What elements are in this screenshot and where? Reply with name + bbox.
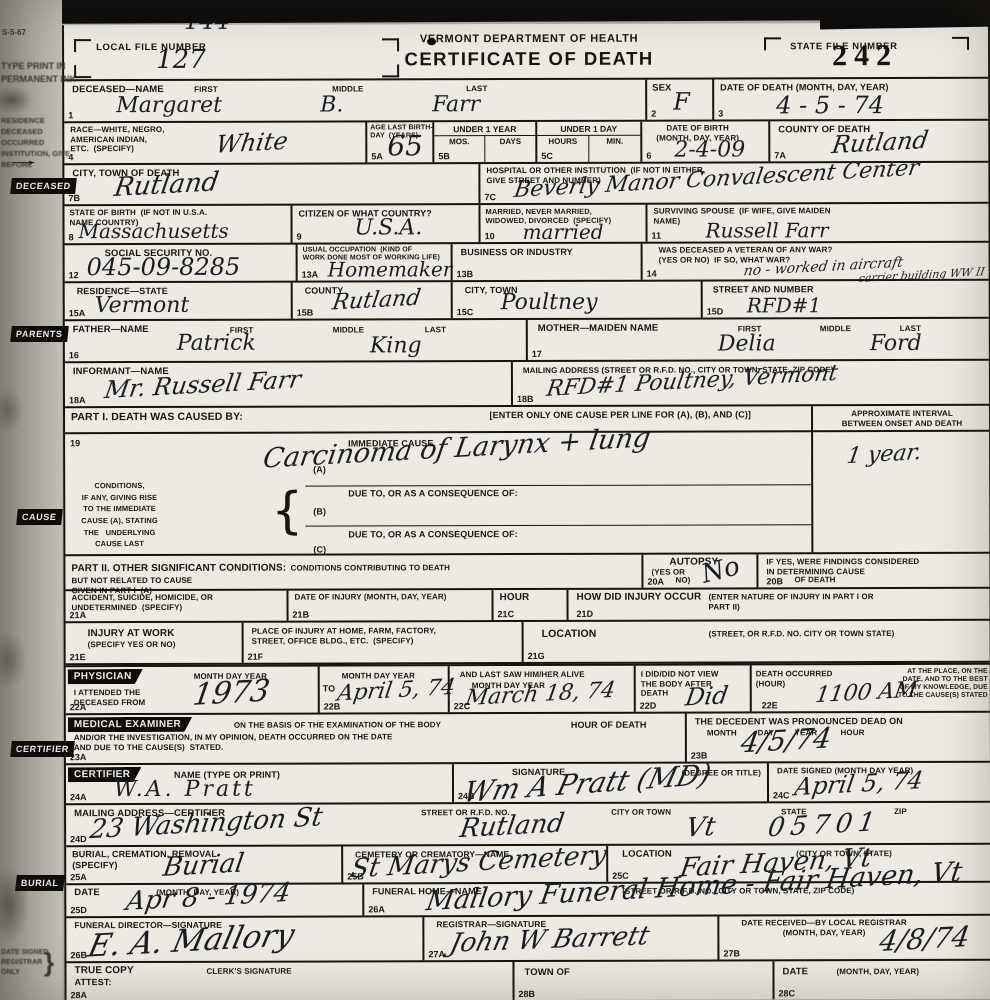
field-funeral-home: FUNERAL HOME—NAME (STREET OR R.F.D. NO.,… bbox=[364, 883, 990, 916]
field-label2: OF DEATH bbox=[794, 576, 835, 586]
sub-label-middle: MIDDLE bbox=[820, 324, 851, 334]
field-num: 27B bbox=[723, 948, 740, 958]
field-num: 15D bbox=[707, 306, 724, 316]
city-label: CITY OR TOWN bbox=[611, 808, 671, 818]
field-deceased-name: DECEASED—NAME FIRST MIDDLE LAST 1 Margar… bbox=[64, 80, 647, 122]
field-num: 24A bbox=[70, 792, 87, 802]
row-informant: INFORMANT—NAME 18A Mr. Russell Farr MAIL… bbox=[65, 361, 989, 408]
field-death-hour: DEATH OCCURRED (HOUR) 22E 1100 AM AT THE… bbox=[752, 665, 990, 712]
field-num: 21A bbox=[70, 610, 87, 620]
field-true-copy-attest: TRUE COPY ATTEST: CLERK'S SIGNATURE 28A bbox=[66, 962, 514, 1000]
field-num: 28A bbox=[71, 990, 88, 1000]
field-date-of-death: DATE OF DEATH (MONTH, DAY, YEAR) 3 4 - 5… bbox=[714, 79, 988, 120]
field-num: 11 bbox=[652, 231, 662, 241]
hw-interval-a: 1 year. bbox=[845, 442, 923, 468]
field-last-seen-alive: AND LAST SAW HIM/HER ALIVE MONTH DAY YEA… bbox=[450, 666, 636, 712]
field-num: 13A bbox=[302, 270, 319, 280]
field-age: AGE LAST BIRTH- DAY (YEARS) 5A 65 bbox=[367, 122, 434, 162]
document-title: CERTIFICATE OF DEATH bbox=[364, 48, 694, 71]
interval-header: APPROXIMATE INTERVAL BETWEEN ONSET AND D… bbox=[842, 409, 963, 429]
hw-first-name: Margaret bbox=[116, 95, 222, 117]
field-certifier-address: MAILING ADDRESS—CERTIFIER STREET OR R.F.… bbox=[66, 803, 990, 845]
field-label: BUSINESS OR INDUSTRY bbox=[461, 247, 573, 258]
field-race: RACE—WHITE, NEGRO, AMERICAN INDIAN, ETC.… bbox=[64, 122, 367, 163]
field-date-received: DATE RECEIVED—BY LOCAL REGISTRAR (MONTH,… bbox=[719, 916, 990, 960]
hw-certifier-state: Vt bbox=[684, 814, 717, 842]
cause-section: PART I. DEATH WAS CAUSED BY: [ENTER ONLY… bbox=[65, 406, 813, 554]
field-cemetery: CEMETERY OR CREMATORY—NAME 25B St Marys … bbox=[343, 846, 608, 883]
row-part2: PART II. OTHER SIGNIFICANT CONDITIONS: C… bbox=[65, 554, 989, 591]
field-num: 5B bbox=[438, 151, 450, 161]
field-label: RACE—WHITE, NEGRO, AMERICAN INDIAN, ETC.… bbox=[70, 125, 164, 154]
line-c-label: (C) bbox=[313, 545, 326, 556]
zip-label: ZIP bbox=[894, 807, 907, 817]
field-num: 21E bbox=[70, 652, 86, 662]
brace-glyph: { bbox=[271, 486, 303, 536]
field-label: INJURY AT WORK bbox=[88, 628, 175, 640]
field-num: 27A bbox=[428, 949, 445, 959]
field-label: IF YES, WERE FINDINGS CONSIDERED IN DETE… bbox=[766, 557, 919, 577]
field-injury-hour: HOUR 21C bbox=[493, 590, 568, 620]
field-label: MOTHER—MAIDEN NAME bbox=[538, 323, 659, 335]
field-informant-address: MAILING ADDRESS (STREET OR R.F.D. NO., C… bbox=[513, 361, 989, 405]
field-burial-date: DATE (MONTH, DAY, YEAR) 25D Apr 8 - 1974 bbox=[66, 884, 364, 916]
field-num: 21G bbox=[528, 651, 545, 661]
field-num: 17 bbox=[532, 349, 542, 359]
row-certifier-address: MAILING ADDRESS—CERTIFIER STREET OR R.F.… bbox=[66, 803, 990, 847]
part1-title: PART I. DEATH WAS CAUSED BY: bbox=[71, 411, 243, 424]
part2-section: PART II. OTHER SIGNIFICANT CONDITIONS: C… bbox=[65, 555, 643, 590]
field-injury-location: LOCATION (STREET, OR R.F.D. NO. CITY OR … bbox=[524, 621, 990, 662]
hw-autopsy: No bbox=[699, 553, 743, 588]
field-label: DATE bbox=[74, 887, 100, 898]
field-num: 24D bbox=[70, 834, 87, 844]
field-num: 8 bbox=[69, 232, 74, 242]
signature-value: John W Barrett bbox=[447, 923, 651, 957]
field-num: 7C bbox=[484, 192, 496, 202]
field-num: 2 bbox=[651, 109, 656, 119]
field-label: UNDER 1 DAY bbox=[537, 122, 640, 136]
row-parents: FATHER—NAME FIRST MIDDLE LAST 16 Patrick… bbox=[65, 319, 989, 363]
interval-column: APPROXIMATE INTERVAL BETWEEN ONSET AND D… bbox=[813, 406, 989, 552]
field-num: 20A bbox=[647, 577, 664, 587]
hw-ssn: 045-09-8285 bbox=[87, 255, 241, 279]
part2-title: PART II. OTHER SIGNIFICANT CONDITIONS: bbox=[71, 563, 286, 575]
hw-date-of-death: 4 - 5 - 74 bbox=[776, 93, 884, 117]
field-under-1-day: UNDER 1 DAY HOURS MIN. 5C bbox=[537, 122, 642, 162]
field-certifier-name: CERTIFIER NAME (TYPE OR PRINT) 24A W.A. … bbox=[66, 764, 454, 803]
hour-of-death-label: HOUR OF DEATH bbox=[571, 720, 647, 731]
signature-value: E. A. Mallory bbox=[85, 920, 297, 963]
field-num: 21D bbox=[577, 609, 594, 619]
field-county-of-death: COUNTY OF DEATH 7A Rutland bbox=[770, 121, 988, 162]
field-attended-to: MONTH DAY YEAR TO 22B April 5, 74 bbox=[320, 666, 450, 712]
field-pronounced-dead: THE DECEDENT WAS PRONOUNCED DEAD ON MONT… bbox=[687, 713, 986, 762]
sub-label-months: MOS. bbox=[434, 136, 484, 146]
field-num: 18B bbox=[517, 394, 534, 404]
ink-blot-icon bbox=[427, 38, 436, 45]
field-label: LOCATION bbox=[622, 849, 672, 861]
field-label: ACCIDENT, SUICIDE, HOMICIDE, OR UNDETERM… bbox=[71, 593, 212, 613]
margin-bottom-note: DATE SIGNED REGISTRAR ONLY bbox=[1, 948, 48, 978]
field-place-of-injury: PLACE OF INJURY AT HOME, FARM, FACTORY, … bbox=[244, 622, 524, 663]
field-label: PLACE OF INJURY AT HOME, FARM, FACTORY, … bbox=[252, 626, 436, 646]
row-accident: ACCIDENT, SUICIDE, HOMICIDE, OR UNDETERM… bbox=[65, 589, 989, 623]
print-note: TYPE PRINT IN PERMANENT INK bbox=[1, 60, 76, 86]
hw-burial-date: Apr 8 - 1974 bbox=[124, 880, 292, 915]
row-burial-date: DATE (MONTH, DAY, YEAR) 25D Apr 8 - 1974… bbox=[66, 883, 990, 918]
form-header: LOCAL FILE NUMBER 144 127 VERMONT DEPART… bbox=[64, 23, 988, 81]
row-deceased-name: DECEASED—NAME FIRST MIDDLE LAST 1 Margar… bbox=[64, 79, 988, 123]
hw-viewed-body: Did bbox=[684, 683, 730, 710]
binder-margin: S-5-67 TYPE PRINT IN PERMANENT INK DECEA… bbox=[0, 0, 62, 1000]
row-ssn-occupation: SOCIAL SECURITY NO. 12 045-09-8285 USUAL… bbox=[65, 243, 989, 283]
field-label: HOW DID INJURY OCCUR bbox=[576, 592, 701, 604]
field-num: 9 bbox=[297, 232, 302, 242]
hw-certifier-zip: 05701 bbox=[766, 809, 883, 841]
field-residence-city: CITY, TOWN 15C Poultney bbox=[453, 282, 703, 319]
field-num: 22E bbox=[762, 700, 778, 710]
part2-subtitle: CONDITIONS CONTRIBUTING TO DEATH bbox=[291, 563, 450, 572]
field-label: AND LAST SAW HIM/HER ALIVE bbox=[460, 670, 585, 680]
department-name: VERMONT DEPARTMENT OF HEALTH bbox=[364, 33, 694, 47]
row-place-of-death: CITY, TOWN OF DEATH 7B Rutland HOSPITAL … bbox=[64, 163, 988, 206]
field-label: DATE bbox=[782, 966, 808, 977]
field-date-signed: DATE SIGNED (MONTH DAY YEAR) 24C April 5… bbox=[769, 763, 986, 802]
field-ssn: SOCIAL SECURITY NO. 12 045-09-8285 bbox=[65, 245, 298, 282]
field-town-of: TOWN OF 28B bbox=[514, 961, 774, 1000]
hw-mother-last: Ford bbox=[870, 333, 922, 355]
field-veteran: WAS DECEASED A VETERAN OF ANY WAR? (YES … bbox=[643, 243, 989, 280]
field-num: 21C bbox=[498, 609, 515, 619]
physician-attest-note: AT THE PLACE, ON THE DATE, AND TO THE BE… bbox=[898, 668, 988, 701]
hw-attended-to: April 5, 74 bbox=[336, 677, 457, 706]
hw-attended-from: 1973 bbox=[191, 676, 272, 711]
field-num: 26A bbox=[368, 904, 385, 914]
hw-citizen: U.S.A. bbox=[355, 217, 423, 239]
row-injury-at-work: INJURY AT WORK (SPECIFY YES OR NO) 21E P… bbox=[66, 621, 990, 665]
field-num: 24C bbox=[773, 790, 790, 800]
row-birth-citizen-marital: STATE OF BIRTH (IF NOT IN U.S.A. NAME CO… bbox=[64, 204, 988, 245]
row-medical-examiner: MEDICAL EXAMINER ON THE BASIS OF THE EXA… bbox=[66, 713, 990, 765]
sub-label-min: MIN. bbox=[589, 136, 640, 146]
field-certifier-signature: SIGNATURE (DEGREE OR TITLE) 24B Wm A Pra… bbox=[454, 763, 769, 802]
brace-glyph: } bbox=[44, 947, 54, 978]
field-mother-name: MOTHER—MAIDEN NAME FIRST MIDDLE LAST 17 … bbox=[528, 319, 989, 360]
certificate-form: LOCAL FILE NUMBER 144 127 VERMONT DEPART… bbox=[62, 23, 990, 1000]
field-label: TO bbox=[323, 684, 336, 695]
field-num: 28C bbox=[779, 988, 796, 998]
margin-tab-deceased: DECEASED bbox=[10, 178, 76, 194]
sub-label-hours: HOURS bbox=[537, 136, 588, 146]
due-to-label: DUE TO, OR AS A CONSEQUENCE OF: bbox=[348, 488, 517, 499]
field-citizen-of: CITIZEN OF WHAT COUNTRY? 9 U.S.A. bbox=[292, 205, 480, 242]
field-registrar-signature: REGISTRAR—SIGNATURE 27A John W Barrett bbox=[424, 916, 719, 960]
field-street-number: STREET AND NUMBER 15D RFD#1 bbox=[703, 281, 989, 318]
field-business-industry: BUSINESS OR INDUSTRY 13B bbox=[453, 244, 643, 280]
field-num: 25A bbox=[70, 872, 87, 882]
field-injury-at-work: INJURY AT WORK (SPECIFY YES OR NO) 21E bbox=[66, 623, 244, 663]
part1-note: [ENTER ONLY ONE CAUSE PER LINE FOR (A), … bbox=[490, 409, 808, 421]
local-file-number: 127 bbox=[156, 47, 206, 73]
field-true-copy-date: DATE (MONTH, DAY, YEAR) 28C bbox=[774, 961, 990, 1000]
hw-pronounced-date: 4/5/74 bbox=[739, 724, 833, 757]
due-to-label: DUE TO, OR AS A CONSEQUENCE OF: bbox=[348, 529, 517, 540]
field-attended-from: PHYSICIAN MONTH DAY YEAR I ATTENDED THE … bbox=[66, 667, 320, 714]
field-num: 10 bbox=[485, 231, 495, 241]
field-label: DATE OF INJURY (MONTH, DAY, YEAR) bbox=[294, 592, 446, 602]
field-label2: ATTEST: bbox=[74, 977, 111, 988]
margin-tab-parents: PARENTS bbox=[10, 326, 68, 342]
hw-state-of-birth: Massachusetts bbox=[79, 221, 229, 241]
field-how-injury-occurred: HOW DID INJURY OCCUR (ENTER NATURE OF IN… bbox=[568, 589, 989, 620]
row-cause-of-death: PART I. DEATH WAS CAUSED BY: [ENTER ONLY… bbox=[65, 406, 989, 556]
field-label: LOCATION bbox=[542, 628, 597, 641]
hw-spouse: Russell Farr bbox=[706, 220, 829, 240]
statement-rest: AND/OR THE INVESTIGATION, IN MY OPINION,… bbox=[74, 732, 393, 752]
field-label: DEATH OCCURRED bbox=[756, 669, 833, 679]
field-num: 21F bbox=[248, 652, 264, 662]
signature-value: Wm A Pratt (MD) bbox=[461, 761, 714, 807]
hw-county: Rutland bbox=[830, 128, 930, 158]
field-num: 22A bbox=[70, 702, 87, 712]
margin-tab-burial: BURIAL bbox=[15, 875, 64, 891]
row-true-copy: TRUE COPY ATTEST: CLERK'S SIGNATURE 28A … bbox=[66, 961, 990, 1000]
statement-line1: ON THE BASIS OF THE EXAMINATION OF THE B… bbox=[234, 720, 441, 730]
hw-father-last: King bbox=[370, 335, 422, 357]
field-state-of-birth: STATE OF BIRTH (IF NOT IN U.S.A. NAME CO… bbox=[64, 206, 292, 244]
field-num: 16 bbox=[69, 350, 79, 360]
hw-street-number: RFD#1 bbox=[747, 295, 822, 315]
hw-residence-county: Rutland bbox=[331, 287, 422, 314]
hw-occupation: Homemaker bbox=[328, 259, 453, 279]
field-under-1-year: UNDER 1 YEAR MOS. DAYS 5B bbox=[434, 122, 537, 162]
physician-section-tab: PHYSICIAN bbox=[68, 669, 143, 684]
sub-label-last: LAST bbox=[425, 325, 446, 335]
row-physician: PHYSICIAN MONTH DAY YEAR I ATTENDED THE … bbox=[66, 663, 990, 715]
field-num: 6 bbox=[646, 151, 651, 161]
field-num: 21B bbox=[293, 610, 310, 620]
field-label: HOUR bbox=[499, 592, 529, 604]
field-label: UNDER 1 YEAR bbox=[434, 122, 535, 136]
hw-age: 65 bbox=[387, 132, 423, 160]
field-label: TOWN OF bbox=[524, 967, 569, 979]
field-num: 12 bbox=[69, 270, 79, 280]
hw-last-name: Farr bbox=[432, 94, 480, 116]
field-sublabel: CLERK'S SIGNATURE bbox=[206, 967, 291, 977]
field-surviving-spouse: SURVIVING SPOUSE (IF WIFE, GIVE MAIDEN N… bbox=[647, 204, 988, 242]
hw-middle-name: B. bbox=[320, 94, 343, 116]
sub-label-days: DAYS bbox=[485, 136, 535, 146]
field-sublabel: (SPECIFY YES OR NO) bbox=[88, 640, 176, 650]
field-sublabel2: NO) bbox=[675, 576, 690, 586]
field-findings: IF YES, WERE FINDINGS CONSIDERED IN DETE… bbox=[758, 554, 989, 588]
field-accident-type: ACCIDENT, SUICIDE, HOMICIDE, OR UNDETERM… bbox=[65, 591, 288, 622]
hw-burial-type: Burial bbox=[161, 850, 245, 881]
field-num: 7B bbox=[68, 193, 80, 203]
field-residence-state: RESIDENCE—STATE 15A Vermont bbox=[65, 283, 293, 320]
scan-top-edge bbox=[0, 0, 990, 24]
state-file-number-stamp: 242 bbox=[832, 39, 898, 73]
field-label2: (HOUR) bbox=[756, 679, 786, 689]
conditions-note: CONDITIONS, IF ANY, GIVING RISE TO THE I… bbox=[81, 480, 158, 550]
field-date-of-birth: DATE OF BIRTH (MONTH, DAY, YEAR) 6 2-4-0… bbox=[642, 121, 770, 161]
scanned-death-certificate: S-5-67 TYPE PRINT IN PERMANENT INK DECEA… bbox=[0, 0, 990, 1000]
field-marital-status: MARRIED, NEVER MARRIED, WIDOWED, DIVORCE… bbox=[480, 205, 647, 242]
field-num: 18A bbox=[69, 395, 86, 405]
field-num: 15C bbox=[457, 307, 474, 317]
field-city-of-death: CITY, TOWN OF DEATH 7B Rutland bbox=[64, 164, 480, 204]
hw-certifier-name: W.A. Pratt bbox=[114, 779, 256, 801]
hw-marital: married bbox=[523, 222, 604, 242]
field-num: 13B bbox=[457, 269, 474, 279]
form-code: S-5-67 bbox=[2, 27, 26, 39]
field-num: 15A bbox=[69, 308, 86, 318]
field-num: 5C bbox=[541, 151, 553, 161]
field-burial-type: BURIAL, CREMATION, REMOVAL (SPECIFY) 25A… bbox=[66, 846, 343, 883]
margin-tab-certifier: CERTIFIER bbox=[10, 741, 75, 757]
field-num: 19 bbox=[70, 438, 80, 448]
field-informant: INFORMANT—NAME 18A Mr. Russell Farr bbox=[65, 362, 513, 406]
header-cell: LOCAL FILE NUMBER 144 127 VERMONT DEPART… bbox=[64, 23, 988, 79]
hw-race: White bbox=[214, 129, 289, 157]
hw-date-of-birth: 2-4-09 bbox=[674, 139, 745, 161]
row-signatures: FUNERAL DIRECTOR—SIGNATURE 26B E. A. Mal… bbox=[66, 916, 990, 963]
field-viewed-body: I DID/DID NOT VIEW THE BODY AFTER DEATH … bbox=[636, 665, 752, 711]
field-num: 25D bbox=[70, 905, 87, 915]
field-label: FATHER—NAME bbox=[73, 324, 149, 336]
field-sublabel: (STREET, OR R.F.D. NO. CITY OR TOWN STAT… bbox=[709, 629, 895, 639]
hw-father-first: Patrick bbox=[177, 333, 256, 355]
hw-city-of-death: Rutland bbox=[112, 169, 220, 201]
field-occupation: USUAL OCCUPATION (KIND OF WORK DONE MOST… bbox=[298, 244, 453, 280]
hw-certifier-city: Rutland bbox=[458, 810, 566, 842]
field-num: 3 bbox=[718, 108, 723, 118]
medical-examiner-statement: MEDICAL EXAMINER ON THE BASIS OF THE EXA… bbox=[66, 714, 687, 764]
sub-label-middle: MIDDLE bbox=[333, 325, 364, 335]
part1-header: PART I. DEATH WAS CAUSED BY: [ENTER ONLY… bbox=[65, 406, 811, 434]
field-hospital: HOSPITAL OR OTHER INSTITUTION (IF NOT IN… bbox=[480, 163, 988, 203]
field-label: SEX bbox=[652, 83, 671, 94]
row-certifier: CERTIFIER NAME (TYPE OR PRINT) 24A W.A. … bbox=[66, 763, 990, 805]
medical-examiner-section-tab: MEDICAL EXAMINER bbox=[68, 717, 192, 732]
field-funeral-director-signature: FUNERAL DIRECTOR—SIGNATURE 26B E. A. Mal… bbox=[66, 917, 424, 961]
hw-mother-first: Delia bbox=[718, 333, 776, 355]
hw-residence-city: Poultney bbox=[501, 292, 598, 314]
field-num: 28B bbox=[519, 989, 536, 999]
field-sublabel: (ENTER NATURE OF INJURY IN PART I OR PAR… bbox=[708, 592, 873, 612]
hw-last-seen: March 18, 74 bbox=[464, 680, 617, 710]
hw-cemetery: St Marys Cemetery bbox=[349, 842, 608, 882]
field-residence-county: COUNTY 15B Rutland bbox=[293, 282, 453, 318]
field-sex: SEX 2 F bbox=[647, 80, 714, 120]
field-num: 20B bbox=[766, 576, 783, 586]
field-sublabel: (MONTH, DAY, YEAR) bbox=[836, 967, 919, 977]
field-autopsy: AUTOPSY (YES OR 20A NO) No bbox=[643, 554, 758, 587]
field-num: 14 bbox=[647, 269, 657, 279]
field-num: 22D bbox=[640, 701, 657, 711]
row-residence: RESIDENCE—STATE 15A Vermont COUNTY 15B R… bbox=[65, 281, 989, 321]
hw-date-signed: April 5, 74 bbox=[793, 768, 925, 799]
field-label: TRUE COPY bbox=[74, 965, 133, 977]
field-num: 5A bbox=[371, 151, 383, 161]
hw-residence-state: Vermont bbox=[95, 295, 190, 317]
hw-date-received: 4/8/74 bbox=[877, 923, 971, 956]
field-num: 15B bbox=[297, 308, 314, 318]
margin-tab-cause: CAUSE bbox=[16, 509, 62, 525]
hw-hospital: Beverly Manor Convalescent Center bbox=[512, 158, 920, 202]
field-date-of-injury: DATE OF INJURY (MONTH, DAY, YEAR) 21B bbox=[288, 590, 493, 621]
line-b-label: (B) bbox=[313, 507, 326, 518]
field-num: 26B bbox=[70, 950, 87, 960]
field-num: 7A bbox=[774, 150, 786, 160]
field-father-name: FATHER—NAME FIRST MIDDLE LAST 16 Patrick… bbox=[65, 320, 528, 361]
margin-arrow-icon: → bbox=[6, 152, 42, 169]
hw-sex: F bbox=[673, 90, 690, 114]
